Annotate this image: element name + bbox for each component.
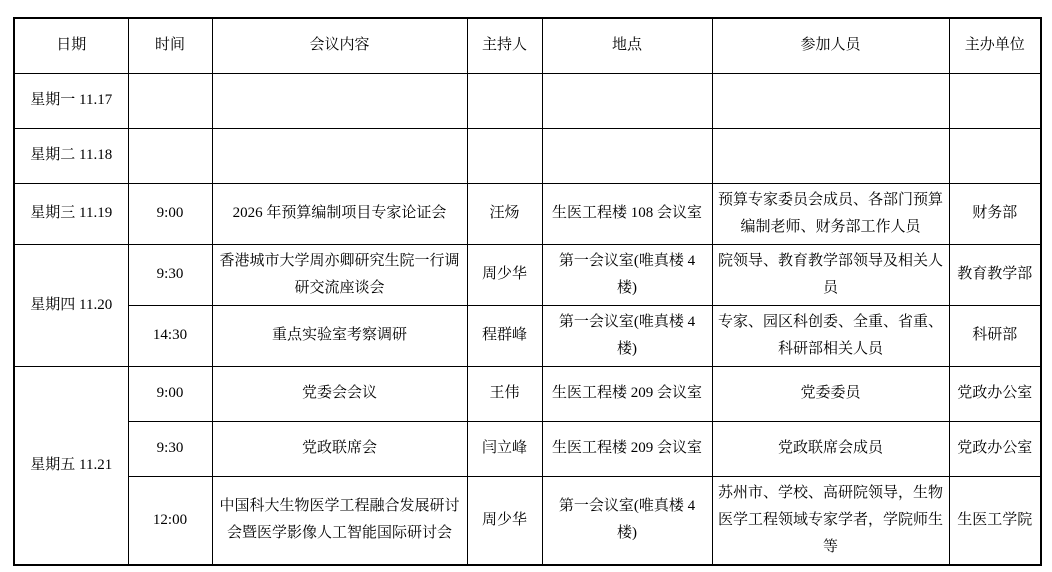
host-cell (467, 128, 542, 183)
table-row: 星期一 11.17 (14, 73, 1041, 128)
host-cell: 程群峰 (467, 305, 542, 366)
host-cell: 周少华 (467, 244, 542, 305)
location-cell (542, 73, 712, 128)
date-cell: 星期二 11.18 (14, 128, 128, 183)
host-cell: 王伟 (467, 366, 542, 421)
header-time: 时间 (128, 18, 212, 73)
participants-cell: 苏州市、学校、高研院领导，生物医学工程领域专家学者，学院师生等 (712, 476, 949, 565)
time-cell: 9:30 (128, 244, 212, 305)
location-cell: 第一会议室(唯真楼 4 楼) (542, 244, 712, 305)
organizer-cell: 党政办公室 (949, 421, 1041, 476)
content-cell (212, 73, 467, 128)
participants-cell: 党政联席会成员 (712, 421, 949, 476)
table-row: 星期二 11.18 (14, 128, 1041, 183)
participants-cell: 党委委员 (712, 366, 949, 421)
date-cell: 星期一 11.17 (14, 73, 128, 128)
participants-cell: 预算专家委员会成员、各部门预算编制老师、财务部工作人员 (712, 183, 949, 244)
schedule-body: 星期一 11.17星期二 11.18星期三 11.199:002026 年预算编… (14, 73, 1041, 565)
organizer-cell: 教育教学部 (949, 244, 1041, 305)
host-cell: 周少华 (467, 476, 542, 565)
host-cell (467, 73, 542, 128)
header-content: 会议内容 (212, 18, 467, 73)
date-cell: 星期三 11.19 (14, 183, 128, 244)
location-cell: 第一会议室(唯真楼 4 楼) (542, 476, 712, 565)
participants-cell: 院领导、教育教学部领导及相关人员 (712, 244, 949, 305)
participants-cell: 专家、园区科创委、全重、省重、科研部相关人员 (712, 305, 949, 366)
location-cell (542, 128, 712, 183)
time-cell: 14:30 (128, 305, 212, 366)
participants-cell (712, 73, 949, 128)
organizer-cell: 生医工学院 (949, 476, 1041, 565)
content-cell: 香港城市大学周亦卿研究生院一行调研交流座谈会 (212, 244, 467, 305)
header-date: 日期 (14, 18, 128, 73)
content-cell: 2026 年预算编制项目专家论证会 (212, 183, 467, 244)
header-host: 主持人 (467, 18, 542, 73)
table-row: 9:30党政联席会闫立峰生医工程楼 209 会议室党政联席会成员党政办公室 (14, 421, 1041, 476)
host-cell: 闫立峰 (467, 421, 542, 476)
header-participants: 参加人员 (712, 18, 949, 73)
page: 日期 时间 会议内容 主持人 地点 参加人员 主办单位 星期一 11.17星期二… (0, 0, 1052, 572)
organizer-cell (949, 128, 1041, 183)
location-cell: 生医工程楼 108 会议室 (542, 183, 712, 244)
organizer-cell: 科研部 (949, 305, 1041, 366)
date-cell: 星期五 11.21 (14, 366, 128, 565)
content-cell: 重点实验室考察调研 (212, 305, 467, 366)
table-row: 14:30重点实验室考察调研程群峰第一会议室(唯真楼 4 楼)专家、园区科创委、… (14, 305, 1041, 366)
location-cell: 第一会议室(唯真楼 4 楼) (542, 305, 712, 366)
time-cell: 9:30 (128, 421, 212, 476)
time-cell: 9:00 (128, 183, 212, 244)
header-location: 地点 (542, 18, 712, 73)
table-row: 12:00中国科大生物医学工程融合发展研讨会暨医学影像人工智能国际研讨会周少华第… (14, 476, 1041, 565)
content-cell: 党委会会议 (212, 366, 467, 421)
content-cell: 中国科大生物医学工程融合发展研讨会暨医学影像人工智能国际研讨会 (212, 476, 467, 565)
table-row: 星期四 11.209:30香港城市大学周亦卿研究生院一行调研交流座谈会周少华第一… (14, 244, 1041, 305)
date-cell: 星期四 11.20 (14, 244, 128, 366)
content-cell (212, 128, 467, 183)
location-cell: 生医工程楼 209 会议室 (542, 421, 712, 476)
header-organizer: 主办单位 (949, 18, 1041, 73)
table-row: 星期三 11.199:002026 年预算编制项目专家论证会汪炀生医工程楼 10… (14, 183, 1041, 244)
organizer-cell (949, 73, 1041, 128)
header-row: 日期 时间 会议内容 主持人 地点 参加人员 主办单位 (14, 18, 1041, 73)
host-cell: 汪炀 (467, 183, 542, 244)
meeting-schedule-table: 日期 时间 会议内容 主持人 地点 参加人员 主办单位 星期一 11.17星期二… (13, 17, 1042, 566)
table-row: 星期五 11.219:00党委会会议王伟生医工程楼 209 会议室党委委员党政办… (14, 366, 1041, 421)
organizer-cell: 党政办公室 (949, 366, 1041, 421)
time-cell: 9:00 (128, 366, 212, 421)
organizer-cell: 财务部 (949, 183, 1041, 244)
participants-cell (712, 128, 949, 183)
time-cell: 12:00 (128, 476, 212, 565)
content-cell: 党政联席会 (212, 421, 467, 476)
time-cell (128, 128, 212, 183)
location-cell: 生医工程楼 209 会议室 (542, 366, 712, 421)
time-cell (128, 73, 212, 128)
